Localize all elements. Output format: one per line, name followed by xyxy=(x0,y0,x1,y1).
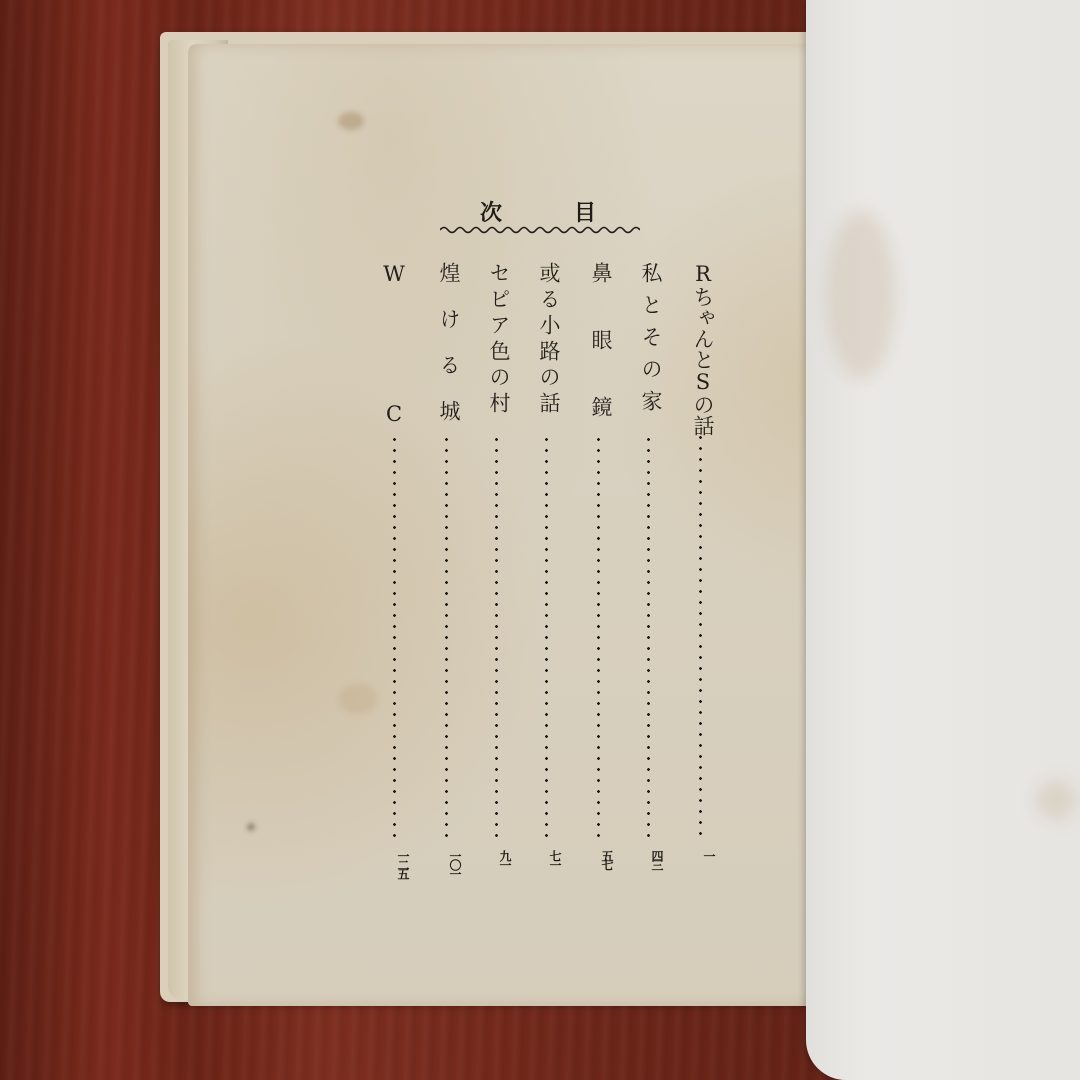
dot-leader xyxy=(495,434,498,842)
toc-entry: 煌ける城 一〇一 xyxy=(426,262,466,902)
entry-title: セピア色の村 xyxy=(484,262,514,418)
toc-entry: RちゃんとSの話 一 xyxy=(680,262,720,902)
entry-title: 或る小路の話 xyxy=(534,262,564,418)
toc-entry: 或る小路の話 七一 xyxy=(526,262,566,902)
dot-leader xyxy=(647,434,650,842)
entry-page-number: 九一 xyxy=(482,850,512,868)
paper-spot xyxy=(248,824,254,830)
entry-page-number: 一〇一 xyxy=(432,850,462,877)
wavy-underline-icon xyxy=(440,222,640,236)
dot-leader xyxy=(597,434,600,842)
entry-title: RちゃんとSの話 xyxy=(688,262,718,436)
toc-entry: セピア色の村 九一 xyxy=(476,262,516,902)
toc-entry: 私とその家 四三 xyxy=(628,262,668,902)
paper-stain xyxy=(338,112,364,130)
entry-page-number: 七一 xyxy=(532,850,562,868)
toc-entry: 鼻眼鏡 五七 xyxy=(578,262,618,902)
entry-title: 私とその家 xyxy=(636,262,666,422)
facing-blank-page xyxy=(806,0,1080,1080)
entry-page-number: 一 xyxy=(686,850,716,859)
dot-leader xyxy=(393,434,396,842)
dot-leader xyxy=(699,432,702,842)
toc-entry: WC 一二五 xyxy=(374,262,414,902)
entry-title: 鼻眼鏡 xyxy=(586,262,616,463)
entry-title: 煌ける城 xyxy=(434,262,464,446)
dot-leader xyxy=(445,434,448,842)
paper-stain xyxy=(1036,780,1076,820)
dot-leader xyxy=(545,434,548,842)
entry-page-number: 五七 xyxy=(584,850,614,868)
entry-page-number: 一二五 xyxy=(380,850,410,877)
paper-stain xyxy=(338,684,378,714)
paper-stain xyxy=(826,210,896,380)
entry-page-number: 四三 xyxy=(634,850,664,868)
